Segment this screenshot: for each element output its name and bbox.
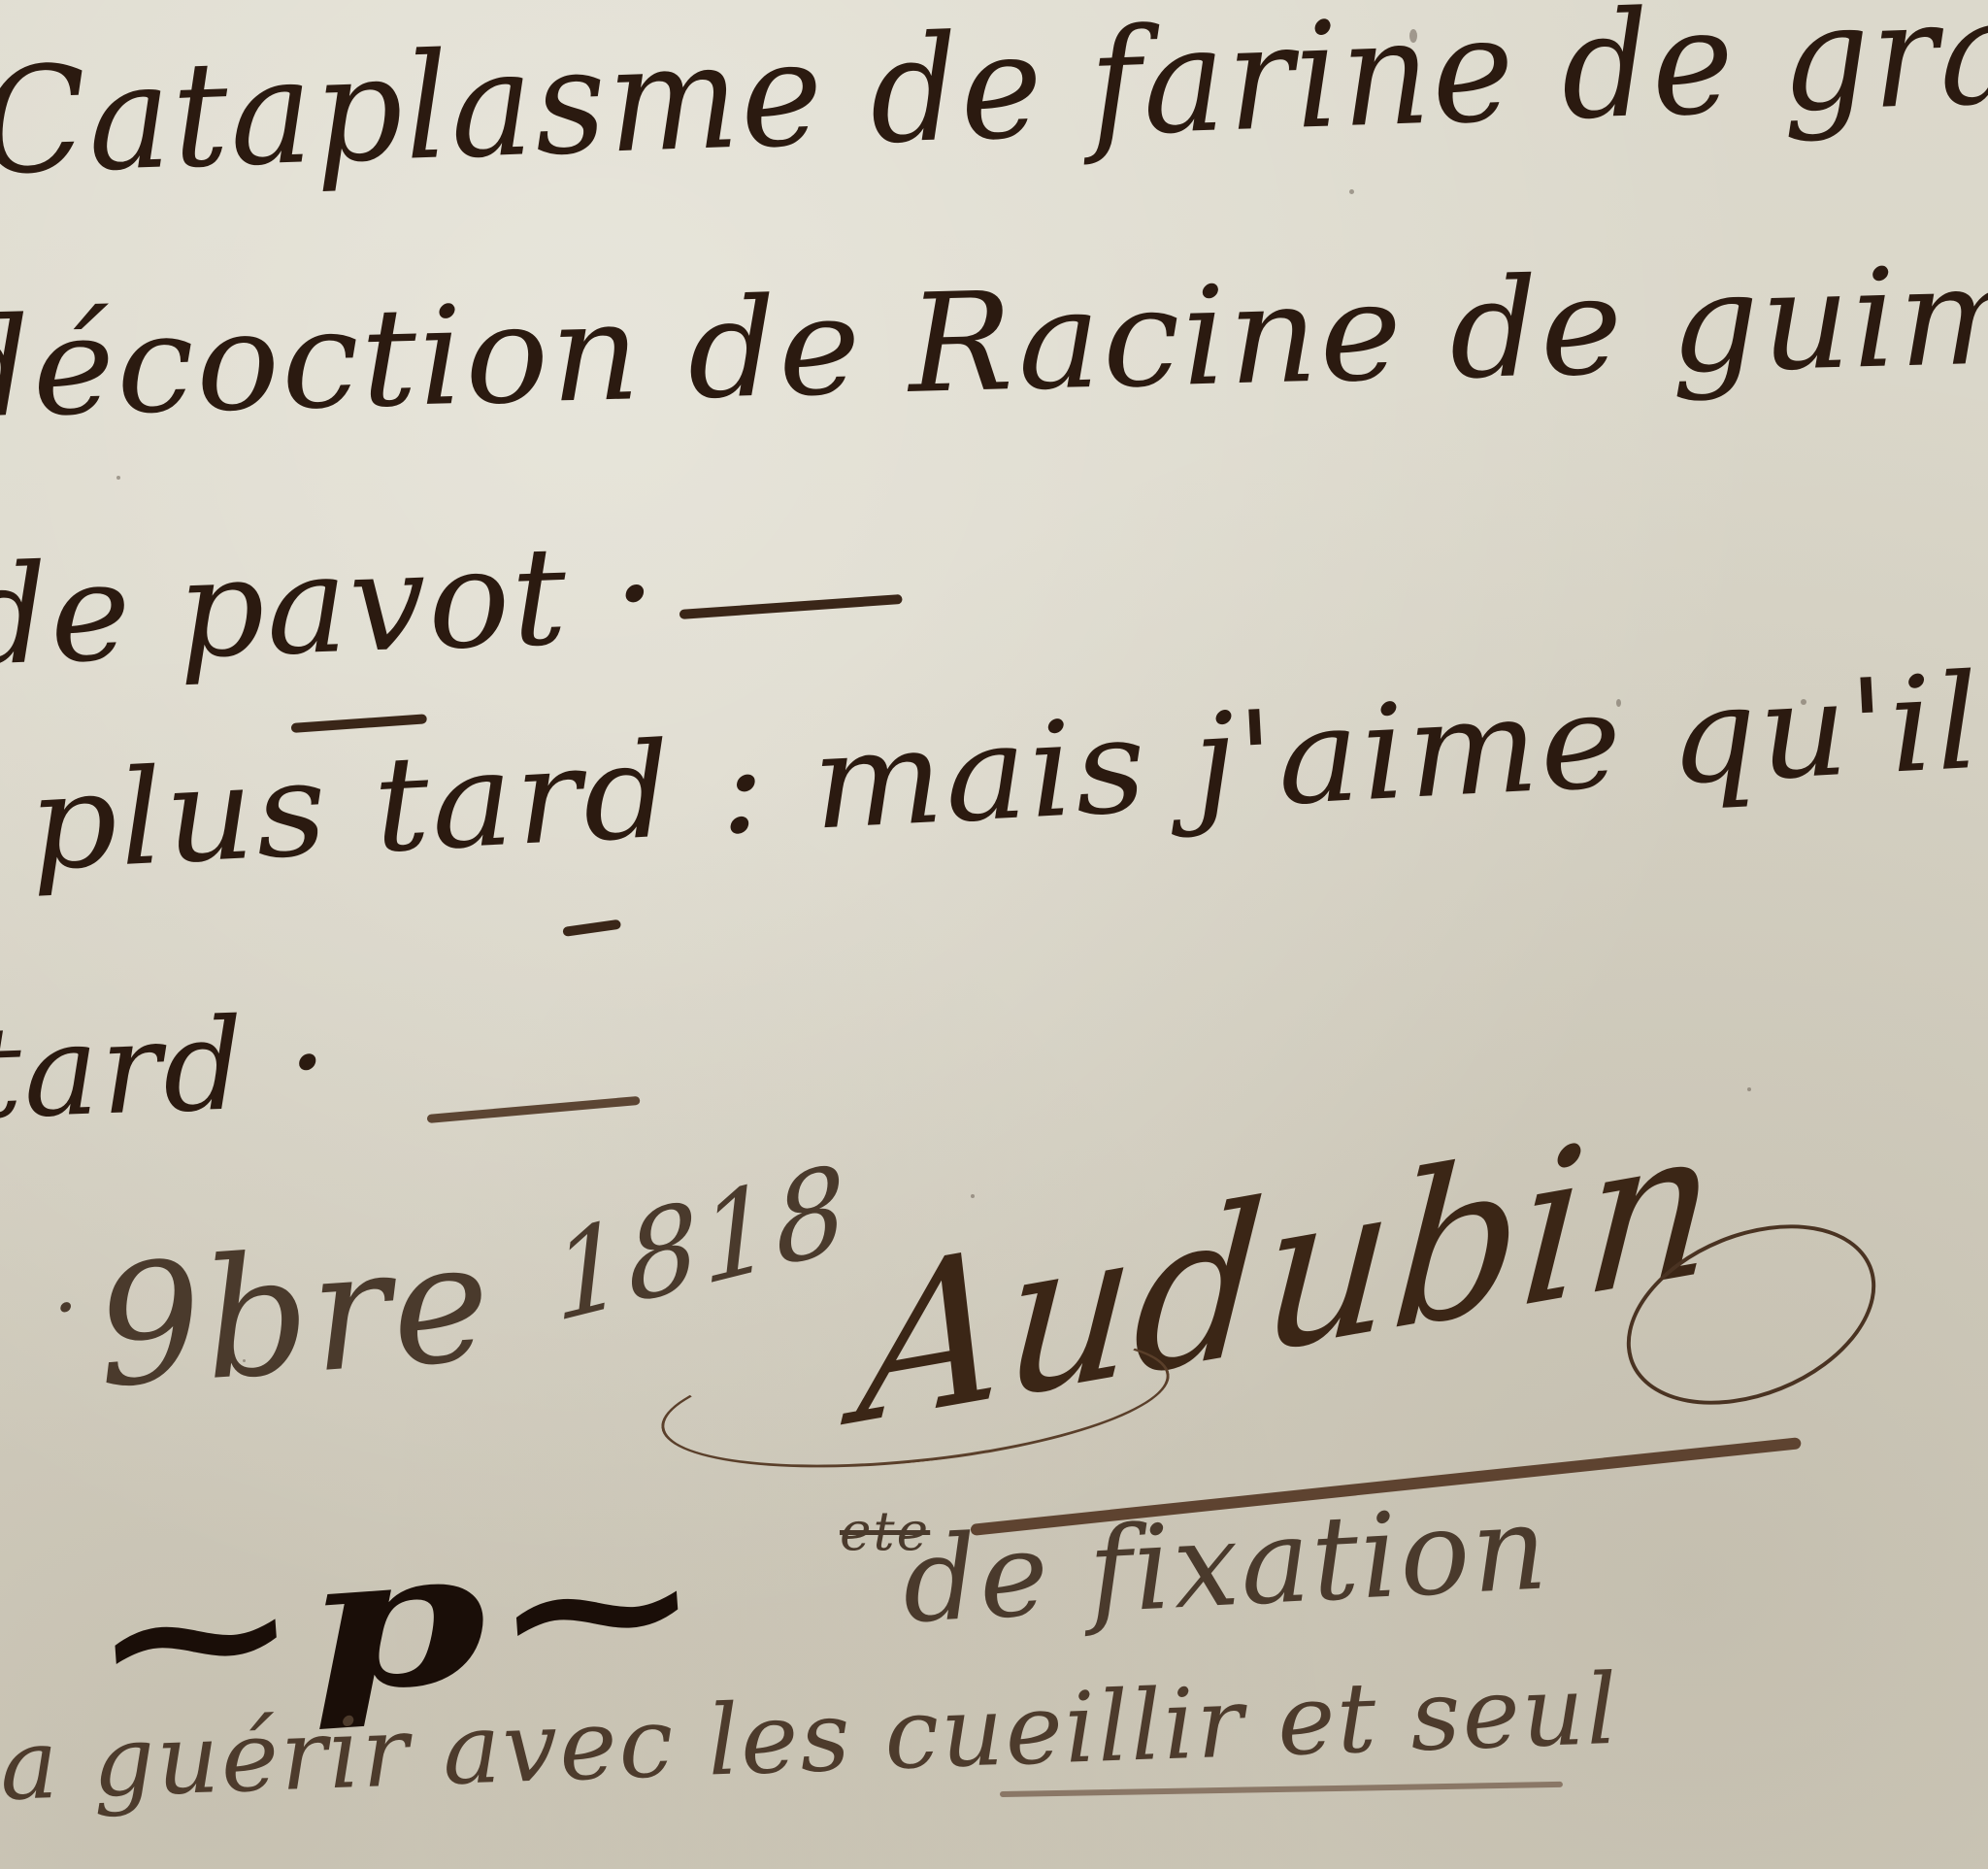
manuscript-page: Cataplasme de farine de graine décoction…	[0, 0, 1988, 1869]
paper-speck	[971, 1194, 975, 1198]
manuscript-line-5: tard ·	[0, 987, 332, 1148]
signature-loop	[655, 1314, 1176, 1488]
paper-speck	[116, 476, 120, 480]
paper-speck	[1747, 1087, 1751, 1091]
line-dash	[679, 594, 903, 619]
date-day-prefix: ·	[53, 1262, 80, 1352]
annotation-line-1: de fixation	[899, 1481, 1551, 1650]
line-dash	[427, 1096, 641, 1123]
date-month: 9bre	[90, 1206, 498, 1425]
manuscript-line-1: Cataplasme de farine de graine	[0, 0, 1988, 208]
date-year: 1818	[548, 1139, 853, 1350]
underline-dash	[562, 919, 621, 937]
manuscript-line-3: de pavot ·	[0, 515, 661, 697]
manuscript-line-2: décoction de Racine de guimauve	[0, 227, 1988, 449]
paper-speck	[1349, 189, 1354, 194]
